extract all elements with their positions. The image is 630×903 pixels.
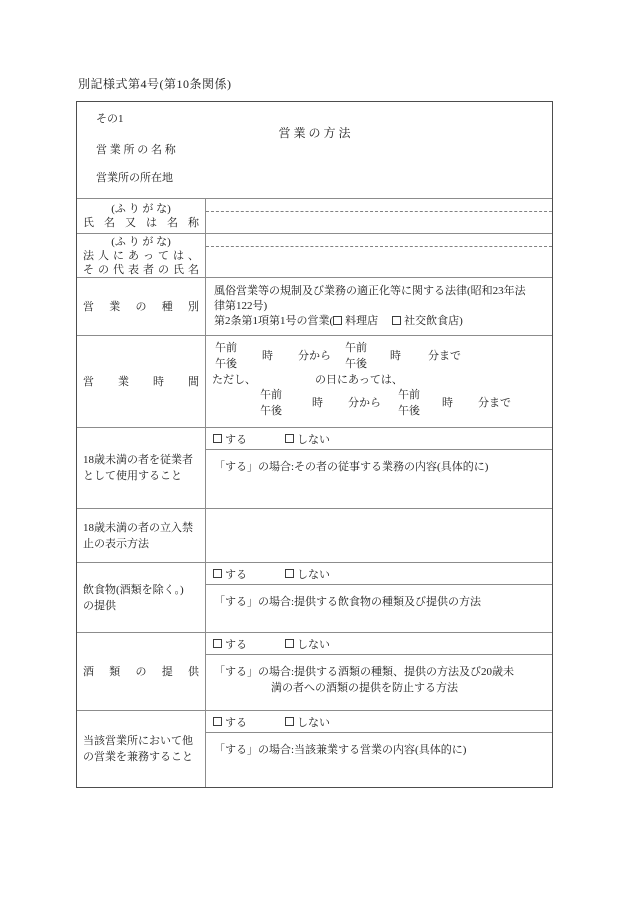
alcohol-label-cell: 酒 類 の 提 供: [77, 633, 206, 710]
option-ryoriten-label: 料理店: [345, 315, 378, 327]
case-description: 「する」の場合:提供する飲食物の種類及び提供の方法: [206, 585, 552, 610]
yes-option: する: [213, 636, 247, 652]
furigana-label: (ふ り が な): [83, 235, 199, 249]
min-from-label: 分から: [298, 348, 331, 364]
case-description: 「する」の場合:提供する酒類の種類、提供の方法及び20歳未 満の者への酒類の提供…: [206, 655, 552, 696]
no-label: しない: [297, 636, 330, 652]
form-table: その1 営 業 の 方 法 営 業 所 の 名 称 営業所の所在地 (ふ り が…: [76, 101, 553, 788]
row-alcohol-service: 酒 類 の 提 供 する しない 「する」の場合:提供する酒類の種類、提供の方法…: [77, 632, 552, 710]
yes-label: する: [225, 714, 247, 730]
business-hours-label: 営 業 時 間: [83, 374, 199, 390]
checkbox-row: する しない: [206, 633, 552, 655]
name-label-cell: (ふ り が な) 氏 名 又 は 名 称: [77, 199, 206, 233]
hour-label: 時: [442, 395, 453, 411]
side-business-label-line2: の営業を兼務すること: [83, 749, 199, 765]
row-corp-representative: (ふ り が な) 法 人 に あ っ て は 、 そ の 代 表 者 の 氏 …: [77, 233, 552, 277]
option-shakou-label: 社交飲食店: [404, 315, 459, 327]
however-label: ただし、: [212, 372, 256, 388]
minor-entry-label-cell: 18歳未満の者の立入禁 止の表示方法: [77, 509, 206, 562]
row-business-type: 営 業 の 種 別 風俗営業等の規制及び業務の適正化等に関する法律(昭和23年法…: [77, 277, 552, 335]
office-address-label: 営業所の所在地: [96, 169, 173, 185]
checkbox-no[interactable]: [285, 717, 294, 726]
checkbox-shakou-inshokuten[interactable]: [392, 316, 401, 325]
yes-label: する: [225, 431, 247, 447]
checkbox-row: する しない: [206, 563, 552, 585]
row-business-hours: 営 業 時 間 午前午後 時 分から 午前午後 時 分まで ただし、 の日にあっ…: [77, 335, 552, 427]
checkbox-row: する しない: [206, 428, 552, 450]
name-label: 氏 名 又 は 名 称: [83, 216, 199, 230]
hour-label: 時: [312, 395, 323, 411]
business-type-value-cell: 風俗営業等の規制及び業務の適正化等に関する法律(昭和23年法 律第122号) 第…: [206, 278, 552, 335]
on-day-label: の日にあっては、: [315, 372, 403, 388]
minor-employment-value-cell: する しない 「する」の場合:その者の従事する業務の内容(具体的に): [206, 428, 552, 508]
corp-label-cell: (ふ り が な) 法 人 に あ っ て は 、 そ の 代 表 者 の 氏 …: [77, 234, 206, 277]
alcohol-case-line1: 「する」の場合:提供する酒類の種類、提供の方法及び20歳未: [214, 664, 546, 680]
no-label: しない: [297, 566, 330, 582]
checkbox-yes[interactable]: [213, 717, 222, 726]
food-value-cell: する しない 「する」の場合:提供する飲食物の種類及び提供の方法: [206, 563, 552, 632]
yes-option: する: [213, 714, 247, 730]
ampm-label: 午前午後: [398, 387, 420, 419]
checkbox-yes[interactable]: [213, 569, 222, 578]
food-label-cell: 飲食物(酒類を除く。) の提供: [77, 563, 206, 632]
checkbox-ryoriten[interactable]: [333, 316, 342, 325]
no-option: しない: [285, 566, 330, 582]
side-business-value-cell: する しない 「する」の場合:当該兼業する営業の内容(具体的に): [206, 711, 552, 787]
ampm-label: 午前午後: [345, 340, 367, 372]
minor-entry-value-cell: [206, 509, 552, 562]
food-label-line1: 飲食物(酒類を除く。): [83, 582, 199, 598]
row-name: (ふ り が な) 氏 名 又 は 名 称: [77, 198, 552, 233]
minor-employment-label-line2: として使用すること: [83, 468, 199, 484]
yes-label: する: [225, 636, 247, 652]
business-hours-label-cell: 営 業 時 間: [77, 336, 206, 427]
furigana-entry-line: [206, 211, 552, 212]
doc-title: 別記様式第4号(第10条関係): [78, 75, 232, 92]
alcohol-case-line2: 満の者への酒類の提供を防止する方法: [271, 680, 546, 696]
checkbox-no[interactable]: [285, 569, 294, 578]
hour-label: 時: [390, 348, 401, 364]
no-option: しない: [285, 714, 330, 730]
checkbox-no[interactable]: [285, 639, 294, 648]
law-text-line2: 律第122号): [214, 299, 547, 314]
row-minor-entry-prohibition: 18歳未満の者の立入禁 止の表示方法: [77, 508, 552, 562]
min-to-label: 分まで: [478, 395, 511, 411]
name-entry-cell: [206, 199, 552, 233]
checkbox-yes[interactable]: [213, 434, 222, 443]
case-description: 「する」の場合:当該兼業する営業の内容(具体的に): [206, 733, 552, 758]
yes-option: する: [213, 566, 247, 582]
minor-employment-label-cell: 18歳未満の者を従業者 として使用すること: [77, 428, 206, 508]
row-food-service: 飲食物(酒類を除く。) の提供 する しない 「する」の場合:提供する飲食物の種…: [77, 562, 552, 632]
office-name-label: 営 業 所 の 名 称: [96, 141, 176, 157]
yes-option: する: [213, 431, 247, 447]
minor-employment-label-line1: 18歳未満の者を従業者: [83, 452, 199, 468]
corp-label-line1: 法 人 に あ っ て は 、: [83, 249, 199, 263]
no-option: しない: [285, 431, 330, 447]
food-label-line2: の提供: [83, 598, 199, 614]
side-business-label-cell: 当該営業所において他 の営業を兼務すること: [77, 711, 206, 787]
side-business-label-line1: 当該営業所において他: [83, 733, 199, 749]
form-title: 営 業 の 方 法: [77, 124, 552, 141]
business-type-label-cell: 営 業 の 種 別: [77, 278, 206, 335]
ampm-label: 午前午後: [260, 387, 282, 419]
corp-entry-cell: [206, 234, 552, 277]
ampm-label: 午前午後: [215, 340, 237, 372]
clause-line: 第2条第1項第1号の営業(料理店社交飲食店): [214, 314, 547, 329]
header-row: その1 営 業 の 方 法 営 業 所 の 名 称 営業所の所在地: [77, 102, 552, 198]
yes-label: する: [225, 566, 247, 582]
hour-label: 時: [262, 348, 273, 364]
business-type-label: 営 業 の 種 別: [83, 299, 199, 315]
min-from-label: 分から: [348, 395, 381, 411]
no-label: しない: [297, 431, 330, 447]
checkbox-row: する しない: [206, 711, 552, 733]
checkbox-no[interactable]: [285, 434, 294, 443]
checkbox-yes[interactable]: [213, 639, 222, 648]
clause-suffix: ): [459, 315, 463, 327]
row-side-business: 当該営業所において他 の営業を兼務すること する しない 「する」の場合:当該兼…: [77, 710, 552, 787]
law-text-line1: 風俗営業等の規制及び業務の適正化等に関する法律(昭和23年法: [214, 284, 547, 299]
business-hours-value-cell: 午前午後 時 分から 午前午後 時 分まで ただし、 の日にあっては、 午前午後…: [206, 336, 552, 427]
case-description: 「する」の場合:その者の従事する業務の内容(具体的に): [206, 450, 552, 475]
alcohol-label: 酒 類 の 提 供: [83, 664, 199, 680]
alcohol-value-cell: する しない 「する」の場合:提供する酒類の種類、提供の方法及び20歳未 満の者…: [206, 633, 552, 710]
min-to-label: 分まで: [428, 348, 461, 364]
no-label: しない: [297, 714, 330, 730]
corp-label-line2: そ の 代 表 者 の 氏 名: [83, 263, 199, 277]
minor-entry-label-line2: 止の表示方法: [83, 536, 199, 552]
row-minor-employment: 18歳未満の者を従業者 として使用すること する しない 「する」の場合:その者…: [77, 427, 552, 508]
minor-entry-label-line1: 18歳未満の者の立入禁: [83, 520, 199, 536]
furigana-entry-line: [206, 246, 552, 247]
clause-prefix: 第2条第1項第1号の営業(: [214, 315, 333, 327]
furigana-label: (ふ り が な): [83, 202, 199, 216]
no-option: しない: [285, 636, 330, 652]
